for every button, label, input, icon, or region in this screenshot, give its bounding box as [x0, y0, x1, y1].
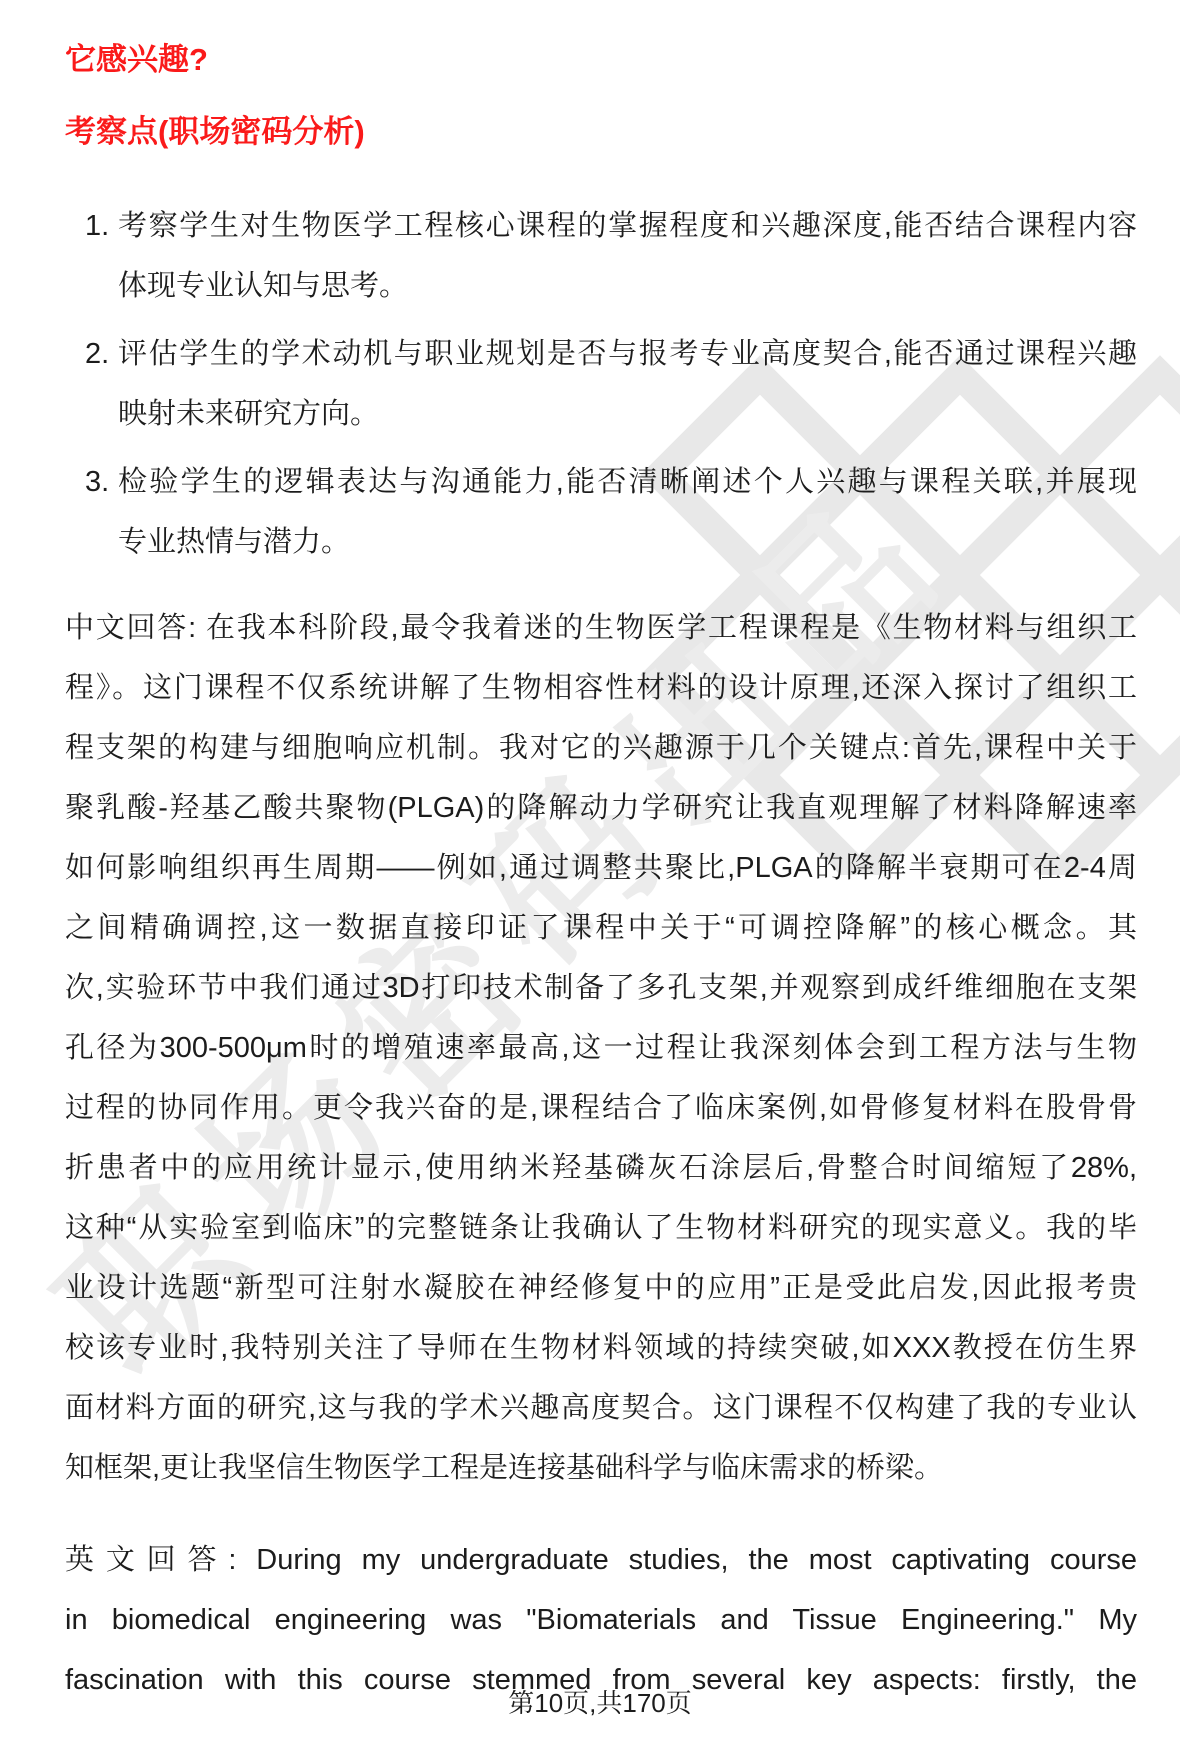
list-item: 2. 评估学生的学术动机与职业规划是否与报考专业高度契合,能否通过课程兴趣映射未…	[65, 324, 1137, 444]
text-line: 体现专业认知与思考。	[118, 256, 1137, 316]
text-line: 业设计选题“新型可注射水凝胶在神经修复中的应用”正是受此启发,因此报考贵	[65, 1258, 1137, 1318]
text-line: 程》。这门课程不仅系统讲解了生物相容性材料的设计原理,还深入探讨了组织工	[65, 658, 1137, 718]
section-heading: 考察点(职场密码分析)	[65, 112, 1137, 152]
text-line: 过程的协同作用。更令我兴奋的是,课程结合了临床案例,如骨修复材料在股骨骨	[65, 1078, 1137, 1138]
text-line: 这种“从实验室到临床”的完整链条让我确认了生物材料研究的现实意义。我的毕	[65, 1198, 1137, 1258]
text-line: 之间精确调控,这一数据直接印证了课程中关于“可调控降解”的核心概念。其	[65, 898, 1137, 958]
list-item: 1. 考察学生对生物医学工程核心课程的掌握程度和兴趣深度,能否结合课程内容体现专…	[65, 196, 1137, 316]
document-page: 职场密码出品 它感兴趣? 考察点(职场密码分析) 1. 考察学生对生物医学工程核…	[0, 0, 1200, 1755]
text-line: 程支架的构建与细胞响应机制。我对它的兴趣源于几个关键点:首先,课程中关于	[65, 718, 1137, 778]
page-footer: 第10页,共170页	[0, 1686, 1200, 1720]
text-line: 专业热情与潜力。	[118, 512, 1137, 572]
text-line: in biomedical engineering was "Biomateri…	[65, 1590, 1137, 1650]
chinese-answer-paragraph: 中文回答: 在我本科阶段,最令我着迷的生物医学工程课程是《生物材料与组织工程》。…	[65, 598, 1137, 1498]
list-item-number: 3.	[85, 452, 109, 512]
numbered-list: 1. 考察学生对生物医学工程核心课程的掌握程度和兴趣深度,能否结合课程内容体现专…	[65, 196, 1137, 572]
english-answer-paragraph: 英文回答: During my undergraduate studies, t…	[65, 1530, 1137, 1710]
text-line: 检验学生的逻辑表达与沟通能力,能否清晰阐述个人兴趣与课程关联,并展现	[118, 452, 1137, 512]
text-line: 聚乳酸-羟基乙酸共聚物(PLGA)的降解动力学研究让我直观理解了材料降解速率	[65, 778, 1137, 838]
text-line: 中文回答: 在我本科阶段,最令我着迷的生物医学工程课程是《生物材料与组织工	[65, 598, 1137, 658]
list-item-number: 1.	[85, 196, 109, 256]
text-line: 知框架,更让我坚信生物医学工程是连接基础科学与临床需求的桥梁。	[65, 1438, 1137, 1498]
heading-fragment: 它感兴趣?	[65, 40, 1137, 80]
text-line: 映射未来研究方向。	[118, 384, 1137, 444]
text-line: 英文回答: During my undergraduate studies, t…	[65, 1530, 1137, 1590]
text-line: 孔径为300-500μm时的增殖速率最高,这一过程让我深刻体会到工程方法与生物	[65, 1018, 1137, 1078]
text-line: 校该专业时,我特别关注了导师在生物材料领域的持续突破,如XXX教授在仿生界	[65, 1318, 1137, 1378]
text-line: 考察学生对生物医学工程核心课程的掌握程度和兴趣深度,能否结合课程内容	[118, 196, 1137, 256]
page-content: 它感兴趣? 考察点(职场密码分析) 1. 考察学生对生物医学工程核心课程的掌握程…	[65, 0, 1137, 1710]
text-line: 如何影响组织再生周期——例如,通过调整共聚比,PLGA的降解半衰期可在2-4周	[65, 838, 1137, 898]
list-item-lines: 评估学生的学术动机与职业规划是否与报考专业高度契合,能否通过课程兴趣映射未来研究…	[118, 324, 1137, 444]
list-item: 3. 检验学生的逻辑表达与沟通能力,能否清晰阐述个人兴趣与课程关联,并展现专业热…	[65, 452, 1137, 572]
text-line: 次,实验环节中我们通过3D打印技术制备了多孔支架,并观察到成纤维细胞在支架	[65, 958, 1137, 1018]
list-item-number: 2.	[85, 324, 109, 384]
text-line: 评估学生的学术动机与职业规划是否与报考专业高度契合,能否通过课程兴趣	[118, 324, 1137, 384]
list-item-lines: 检验学生的逻辑表达与沟通能力,能否清晰阐述个人兴趣与课程关联,并展现专业热情与潜…	[118, 452, 1137, 572]
text-line: 折患者中的应用统计显示,使用纳米羟基磷灰石涂层后,骨整合时间缩短了28%,	[65, 1138, 1137, 1198]
text-line: 面材料方面的研究,这与我的学术兴趣高度契合。这门课程不仅构建了我的专业认	[65, 1378, 1137, 1438]
list-item-lines: 考察学生对生物医学工程核心课程的掌握程度和兴趣深度,能否结合课程内容体现专业认知…	[118, 196, 1137, 316]
